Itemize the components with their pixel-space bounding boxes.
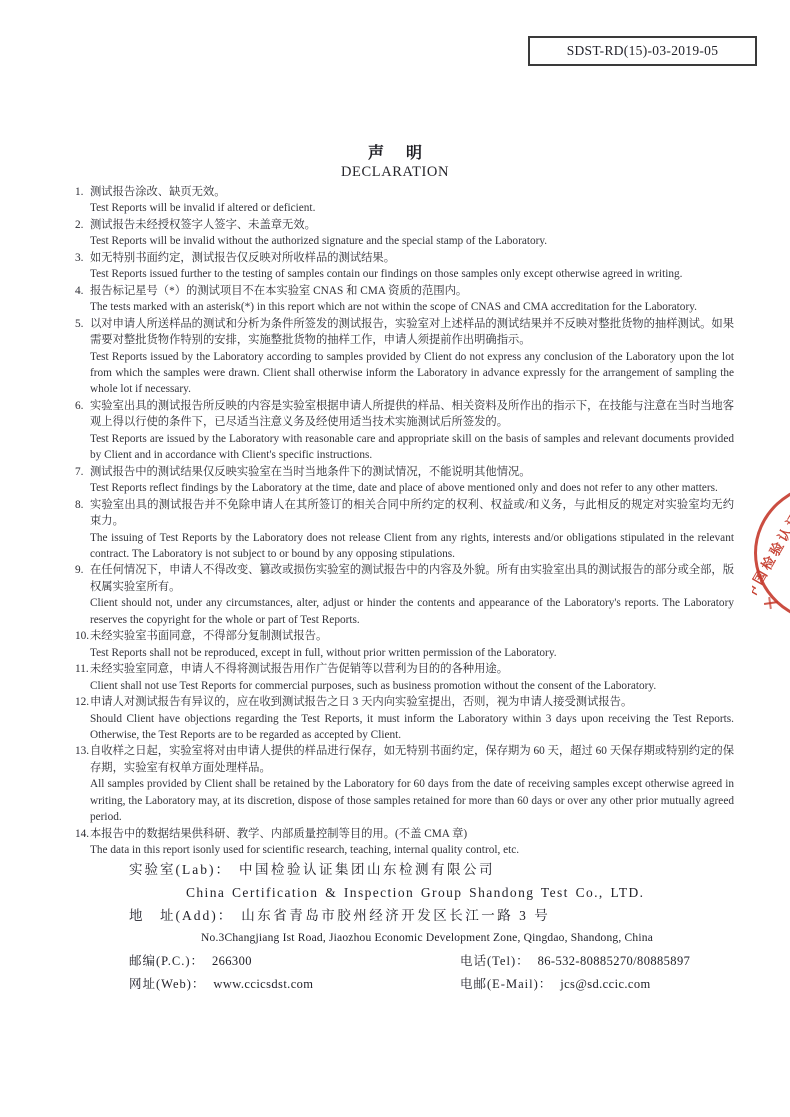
clause-number: 9. [75,562,90,628]
clause-list: 1. 测试报告涂改、缺页无效。 Test Reports will be inv… [75,184,734,859]
clause-text-en: The tests marked with an asterisk(*) in … [90,299,734,315]
clause-text-cn: 报告标记星号（*）的测试项目不在本实验室 CNAS 和 CMA 资质的范围内。 [90,283,734,299]
footer-address-row: 地 址(Add)： 山东省青岛市胶州经济开发区长江一路 3 号 [129,904,754,927]
report-code: SDST-RD(15)-03-2019-05 [567,43,719,59]
clause-text-cn: 未经实验室同意，申请人不得将测试报告用作广告促销等以营利为目的的各种用途。 [90,661,734,677]
postcode-value: 266300 [212,950,252,973]
clause-text-cn: 测试报告涂改、缺页无效。 [90,184,734,200]
address-cn: 山东省青岛市胶州经济开发区长江一路 3 号 [241,904,550,927]
clause-row: 12. 申请人对测试报告有异议的，应在收到测试报告之日 3 天内向实验室提出，否… [75,694,734,743]
clause-text-cn: 测试报告中的测试结果仅反映实验室在当时当地条件下的测试情况，不能说明其他情况。 [90,464,734,480]
report-code-box: SDST-RD(15)-03-2019-05 [528,36,757,66]
address-label: 地 址(Add)： [129,904,233,927]
lab-label: 实验室(Lab)： [129,858,231,881]
clause-number: 10. [75,628,90,661]
clause-row: 4. 报告标记星号（*）的测试项目不在本实验室 CNAS 和 CMA 资质的范围… [75,283,734,316]
lab-footer: 实验室(Lab)： 中国检验认证集团山东检测有限公司 China Certifi… [129,858,754,996]
clause-number: 12. [75,694,90,743]
clause-row: 9. 在任何情况下，申请人不得改变、篡改或损伤实验室的测试报告中的内容及外貌。所… [75,562,734,628]
clause-row: 13. 自收样之日起，实验室将对由申请人提供的样品进行保存，如无特别书面约定，保… [75,743,734,825]
email-group: 电邮(E-Mail)： jcs@sd.ccic.com [460,973,651,996]
clause-text-en: Client shall not use Test Reports for co… [90,678,734,694]
address-en: No.3Changjiang Ist Road, Jiaozhou Econom… [201,927,754,950]
clause-number: 1. [75,184,90,217]
clause-text-en: Test Reports will be invalid if altered … [90,200,734,216]
declaration-page: SDST-RD(15)-03-2019-05 声 明 DECLARATION 1… [0,0,790,1117]
stamp-circle-icon [754,482,790,624]
clause-number: 13. [75,743,90,825]
clause-text-en: Client should not, under any circumstanc… [90,595,734,628]
clause-text-cn: 本报告中的数据结果供科研、教学、内部质量控制等目的用。(不盖 CMA 章) [90,826,734,842]
clause-row: 14. 本报告中的数据结果供科研、教学、内部质量控制等目的用。(不盖 CMA 章… [75,826,734,859]
lab-name-cn: 中国检验认证集团山东检测有限公司 [239,858,495,881]
clause-body: 申请人对测试报告有异议的，应在收到测试报告之日 3 天内向实验室提出，否则，视为… [90,694,734,743]
clause-number: 6. [75,398,90,464]
email-label: 电邮(E-Mail)： [460,973,552,996]
clause-row: 6. 实验室出具的测试报告所反映的内容是实验室根据申请人所提供的样品、相关资料及… [75,398,734,464]
clause-number: 7. [75,464,90,497]
stamp-mark-icon [768,597,772,609]
footer-contact-row-1: 邮编(P.C.)： 266300 电话(Tel)： 86-532-8088527… [129,950,754,973]
clause-text-en: Test Reports issued further to the testi… [90,266,734,282]
clause-text-cn: 以对申请人所送样品的测试和分析为条件所签发的测试报告，实验室对上述样品的测试结果… [90,316,734,349]
clause-number: 11. [75,661,90,694]
clause-text-cn: 申请人对测试报告有异议的，应在收到测试报告之日 3 天内向实验室提出，否则，视为… [90,694,734,710]
clause-text-cn: 如无特别书面约定，测试报告仅反映对所收样品的测试结果。 [90,250,734,266]
clause-body: 在任何情况下，申请人不得改变、篡改或损伤实验室的测试报告中的内容及外貌。所有由实… [90,562,734,628]
clause-text-cn: 自收样之日起，实验室将对由申请人提供的样品进行保存，如无特别书面约定，保存期为 … [90,743,734,776]
website-value: www.ccicsdst.com [213,973,313,996]
page-title-en: DECLARATION [0,164,790,181]
clause-body: 以对申请人所送样品的测试和分析为条件所签发的测试报告，实验室对上述样品的测试结果… [90,316,734,398]
clause-text-en: All samples provided by Client shall be … [90,776,734,825]
clause-body: 本报告中的数据结果供科研、教学、内部质量控制等目的用。(不盖 CMA 章) Th… [90,826,734,859]
website-label: 网址(Web)： [129,973,205,996]
clause-row: 7. 测试报告中的测试结果仅反映实验室在当时当地条件下的测试情况，不能说明其他情… [75,464,734,497]
clause-body: 实验室出具的测试报告并不免除申请人在其所签订的相关合同中所约定的权利、权益或/和… [90,497,734,563]
clause-body: 实验室出具的测试报告所反映的内容是实验室根据申请人所提供的样品、相关资料及所作出… [90,398,734,464]
clause-text-cn: 测试报告未经授权签字人签字、未盖章无效。 [90,217,734,233]
footer-contact-row-2: 网址(Web)： www.ccicsdst.com 电邮(E-Mail)： jc… [129,973,754,996]
clause-number: 4. [75,283,90,316]
footer-lab-row: 实验室(Lab)： 中国检验认证集团山东检测有限公司 [129,858,754,881]
stamp-text: 中国检验认证 [752,506,790,602]
red-company-stamp: 中国检验认证 [752,478,790,628]
clause-number: 8. [75,497,90,563]
clause-text-en: The issuing of Test Reports by the Labor… [90,530,734,563]
clause-body: 测试报告未经授权签字人签字、未盖章无效。 Test Reports will b… [90,217,734,250]
clause-text-en: Test Reports shall not be reproduced, ex… [90,645,734,661]
clause-row: 1. 测试报告涂改、缺页无效。 Test Reports will be inv… [75,184,734,217]
clause-text-cn: 在任何情况下，申请人不得改变、篡改或损伤实验室的测试报告中的内容及外貌。所有由实… [90,562,734,595]
page-title: 声 明 DECLARATION [0,140,790,181]
clause-text-en: Test Reports are issued by the Laborator… [90,431,734,464]
clause-row: 10. 未经实验室书面同意，不得部分复制测试报告。 Test Reports s… [75,628,734,661]
clause-row: 11. 未经实验室同意，申请人不得将测试报告用作广告促销等以营利为目的的各种用途… [75,661,734,694]
clause-body: 自收样之日起，实验室将对由申请人提供的样品进行保存，如无特别书面约定，保存期为 … [90,743,734,825]
clause-text-cn: 实验室出具的测试报告并不免除申请人在其所签订的相关合同中所约定的权利、权益或/和… [90,497,734,530]
clause-row: 8. 实验室出具的测试报告并不免除申请人在其所签订的相关合同中所约定的权利、权益… [75,497,734,563]
phone-label: 电话(Tel)： [460,950,530,973]
clause-text-en: Test Reports reflect findings by the Lab… [90,480,734,496]
clause-number: 3. [75,250,90,283]
clause-body: 未经实验室书面同意，不得部分复制测试报告。 Test Reports shall… [90,628,734,661]
clause-number: 14. [75,826,90,859]
clause-row: 2. 测试报告未经授权签字人签字、未盖章无效。 Test Reports wil… [75,217,734,250]
page-title-cn: 声 明 [0,140,790,163]
lab-name-en: China Certification & Inspection Group S… [186,881,754,904]
email-value: jcs@sd.ccic.com [560,973,650,996]
postcode-group: 邮编(P.C.)： 266300 [129,950,460,973]
clause-text-cn: 未经实验室书面同意，不得部分复制测试报告。 [90,628,734,644]
clause-text-en: Test Reports will be invalid without the… [90,233,734,249]
clause-row: 3. 如无特别书面约定，测试报告仅反映对所收样品的测试结果。 Test Repo… [75,250,734,283]
stamp-mark-icon [764,601,778,605]
clause-text-en: The data in this report isonly used for … [90,842,734,858]
postcode-label: 邮编(P.C.)： [129,950,204,973]
clause-body: 如无特别书面约定，测试报告仅反映对所收样品的测试结果。 Test Reports… [90,250,734,283]
clause-number: 2. [75,217,90,250]
clause-text-en: Test Reports issued by the Laboratory ac… [90,349,734,398]
website-group: 网址(Web)： www.ccicsdst.com [129,973,460,996]
clause-body: 测试报告涂改、缺页无效。 Test Reports will be invali… [90,184,734,217]
clause-row: 5. 以对申请人所送样品的测试和分析为条件所签发的测试报告，实验室对上述样品的测… [75,316,734,398]
clause-body: 未经实验室同意，申请人不得将测试报告用作广告促销等以营利为目的的各种用途。 Cl… [90,661,734,694]
clause-text-cn: 实验室出具的测试报告所反映的内容是实验室根据申请人所提供的样品、相关资料及所作出… [90,398,734,431]
clause-text-en: Should Client have objections regarding … [90,711,734,744]
phone-value: 86-532-80885270/80885897 [538,950,691,973]
phone-group: 电话(Tel)： 86-532-80885270/80885897 [460,950,690,973]
clause-body: 报告标记星号（*）的测试项目不在本实验室 CNAS 和 CMA 资质的范围内。 … [90,283,734,316]
clause-number: 5. [75,316,90,398]
clause-body: 测试报告中的测试结果仅反映实验室在当时当地条件下的测试情况，不能说明其他情况。 … [90,464,734,497]
